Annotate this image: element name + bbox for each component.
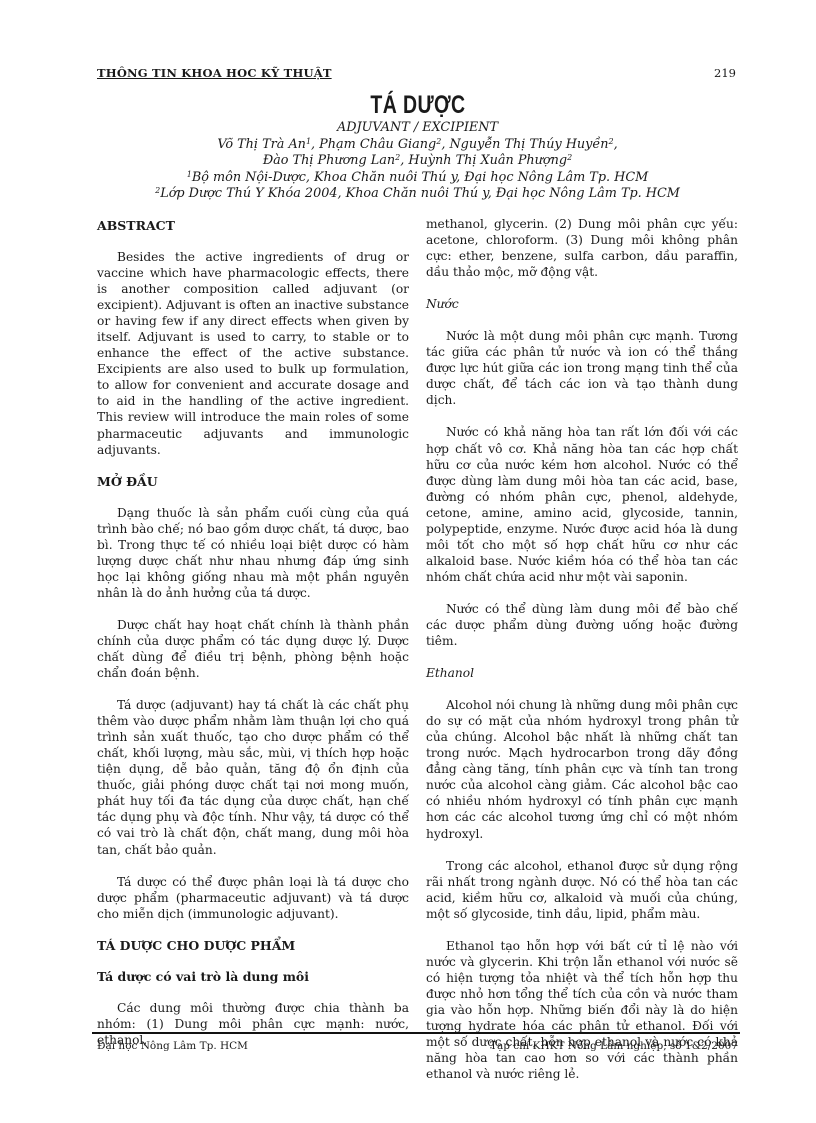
author-name: Phạm Châu Giang	[319, 137, 436, 152]
solvent-paragraph-end: methanol, glycerin. (2) Dung môi phân cự…	[426, 216, 738, 280]
footer-journal: Tạp chí KHKT Nông Lâm nghiệp, số 1&2/200…	[490, 1040, 738, 1052]
page-number: 219	[714, 66, 736, 80]
affiliation-1: 1Bộ môn Nội-Dược, Khoa Chăn nuôi Thú y, …	[97, 170, 738, 187]
ethanol-paragraph-3: Ethanol tạo hỗn hợp với bất cứ tỉ lệ nào…	[426, 938, 738, 1082]
author-name: Võ Thị Trà An	[217, 137, 306, 152]
right-column: methanol, glycerin. (2) Dung môi phân cự…	[426, 216, 738, 1082]
footer-rule	[92, 1032, 740, 1034]
journal-page: THÔNG TIN KHOA HOC KỸ THUẬT 219 TÁ DƯỢC …	[0, 0, 816, 1123]
authors-line-2: Đào Thị Phương Lan2, Huỳnh Thị Xuân Phượ…	[97, 153, 738, 170]
article-title: TÁ DƯỢC	[370, 90, 465, 120]
article-subtitle: ADJUVANT / EXCIPIENT	[97, 120, 738, 137]
ethanol-paragraph-1: Alcohol nói chung là những dung môi phân…	[426, 697, 738, 841]
separator: ,	[614, 137, 618, 152]
section-heading: TÁ DƯỢC CHO DƯỢC PHẨM	[97, 938, 409, 954]
ethanol-paragraph-2: Trong các alcohol, ethanol được sử dụng …	[426, 858, 738, 922]
intro-heading: MỞ ĐẦU	[97, 474, 409, 490]
author-affil-mark: 2	[567, 153, 572, 162]
intro-paragraph-4: Tá dược có thể được phân loại là tá dược…	[97, 874, 409, 922]
footer-institution: Đại học Nông Lâm Tp. HCM	[97, 1040, 248, 1052]
abstract-text: Besides the active ingredients of drug o…	[97, 249, 409, 458]
subsection-heading: Tá dược có vai trò là dung môi	[97, 969, 409, 985]
intro-paragraph-2: Dược chất hay hoạt chất chính là thành p…	[97, 617, 409, 681]
abstract-heading: ABSTRACT	[97, 218, 409, 234]
intro-paragraph-3: Tá dược (adjuvant) hay tá chất là các ch…	[97, 697, 409, 857]
intro-paragraph-1: Dạng thuốc là sản phẩm cuối cùng của quá…	[97, 505, 409, 601]
affiliation-text: Lớp Dược Thú Y Khóa 2004, Khoa Chăn nuôi…	[160, 186, 680, 201]
ethanol-heading: Ethanol	[426, 665, 738, 681]
left-column: ABSTRACT Besides the active ingredients …	[97, 218, 409, 1048]
water-paragraph-1: Nước là một dung môi phân cực mạnh. Tươn…	[426, 328, 738, 408]
separator: ,	[311, 137, 319, 152]
water-paragraph-2: Nước có khả năng hòa tan rất lớn đối với…	[426, 424, 738, 584]
running-head: THÔNG TIN KHOA HOC KỸ THUẬT	[97, 66, 332, 80]
water-paragraph-3: Nước có thể dùng làm dung môi để bào chế…	[426, 601, 738, 649]
water-heading: Nước	[426, 296, 738, 312]
authors-line-1: Võ Thị Trà An1, Phạm Châu Giang2, Nguyễn…	[97, 137, 738, 154]
affiliation-text: Bộ môn Nội-Dược, Khoa Chăn nuôi Thú y, Đ…	[192, 170, 648, 185]
title-block: TÁ DƯỢC ADJUVANT / EXCIPIENT Võ Thị Trà …	[97, 90, 738, 203]
author-name: Nguyễn Thị Thúy Huyền	[449, 137, 608, 152]
affiliation-2: 2Lớp Dược Thú Y Khóa 2004, Khoa Chăn nuô…	[97, 186, 738, 203]
author-name: Huỳnh Thị Xuân Phượng	[408, 153, 567, 168]
author-name: Đào Thị Phương Lan	[263, 153, 395, 168]
